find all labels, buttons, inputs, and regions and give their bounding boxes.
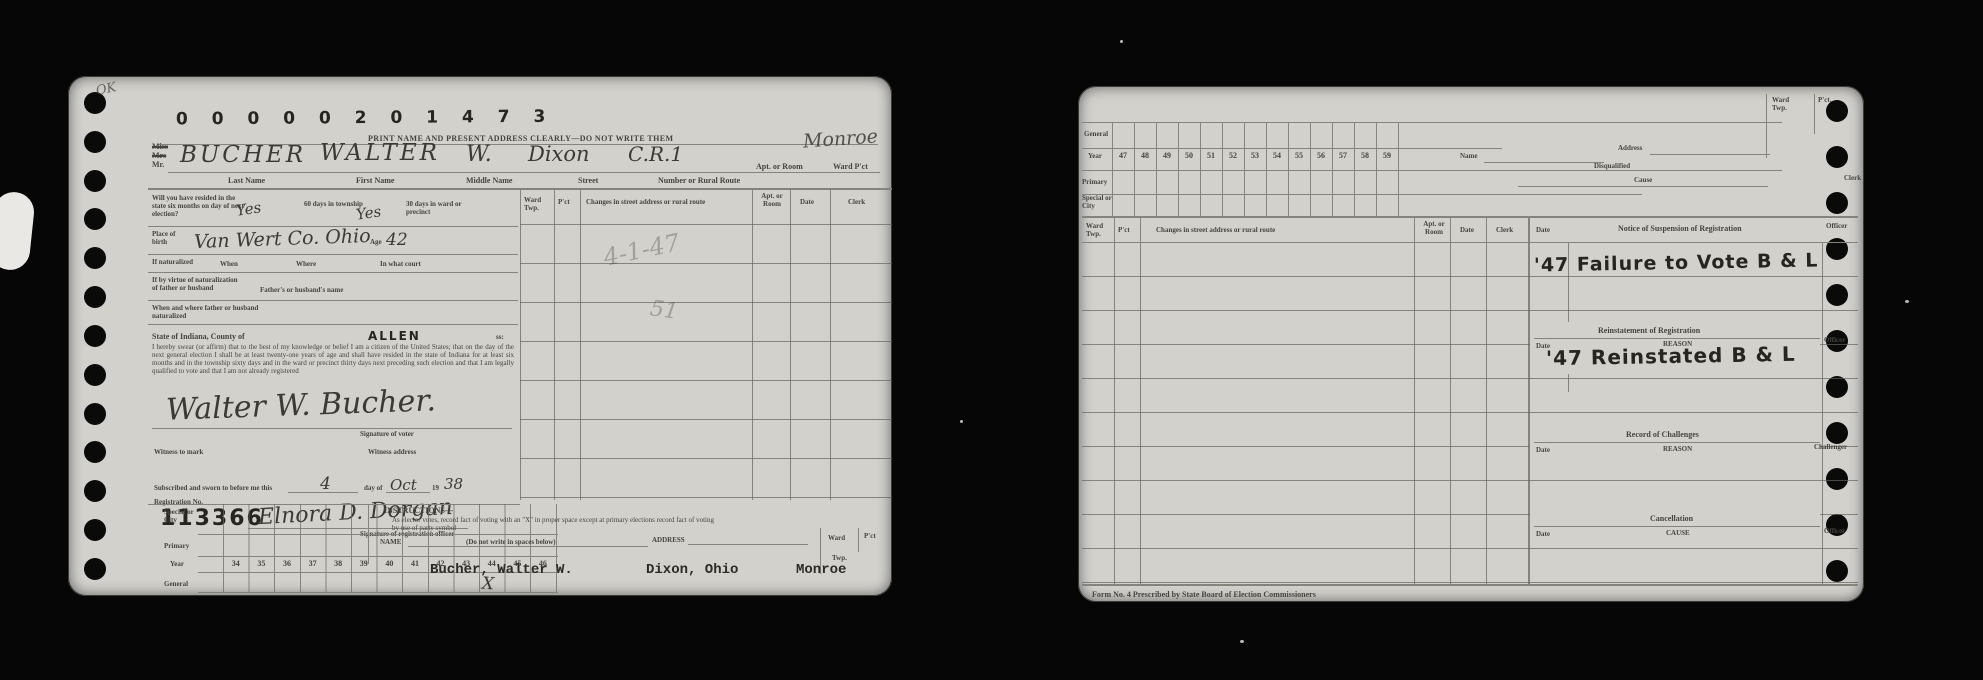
punch-hole — [84, 519, 106, 541]
label-father-name: Father's or husband's name — [260, 286, 343, 294]
rule-line — [1082, 242, 1858, 243]
rule-line — [1082, 194, 1642, 195]
rule-line — [1534, 338, 1820, 339]
col-apt: Apt. or Room — [1422, 220, 1446, 236]
stamped-serial-number: 0 0 0 0 0 2 0 1 4 7 3 — [176, 107, 554, 130]
year-cell: 51 — [1200, 151, 1222, 160]
film-edge-artifact — [0, 190, 36, 272]
rule-line — [198, 534, 558, 535]
entry-first-name: WALTER — [320, 140, 440, 166]
registration-card-back: General Year Primary Special or City 474… — [1078, 86, 1864, 602]
year-cell: 54 — [1266, 151, 1288, 160]
row-general: General — [1084, 130, 1108, 138]
label-cause: Cause — [1634, 176, 1652, 184]
punch-hole — [1826, 192, 1848, 214]
oath-body: I hereby swear (or affirm) that to the b… — [152, 343, 514, 375]
label-apt-room: Apt. or Room — [756, 162, 803, 171]
q-30-days: 30 days in ward or precinct — [406, 200, 476, 216]
punch-hole — [84, 364, 106, 386]
label-witness-to-mark: Witness to mark — [154, 448, 203, 456]
punch-hole — [84, 325, 106, 347]
col-suspension-date: Date — [1536, 226, 1550, 234]
label-last-name: Last Name — [228, 176, 265, 185]
year-cell: 59 — [1376, 151, 1398, 160]
film-speck — [1120, 40, 1123, 43]
label-do-not-write: (Do not write in spaces below) — [466, 538, 556, 546]
entry-middle-name: W. — [466, 142, 492, 167]
cancellation-cause: CAUSE — [1666, 529, 1690, 537]
year-cell: 58 — [1354, 151, 1376, 160]
punch-hole — [84, 131, 106, 153]
row-special-city: Special or City — [164, 508, 194, 524]
entry-last-name: BUCHER — [180, 142, 306, 168]
year-cell: 52 — [1222, 151, 1244, 160]
year-cell: 49 — [1156, 151, 1178, 160]
film-speck — [960, 420, 963, 423]
row-year: Year — [1088, 152, 1102, 160]
challenges-challenger: Challenger — [1814, 443, 1847, 451]
year-cell: 41 — [402, 559, 428, 568]
year-cell: 40 — [377, 559, 403, 568]
label-by-virtue: If by virtue of naturalization of father… — [152, 276, 242, 292]
label-19: 19 — [432, 484, 439, 492]
label-where: Where — [296, 260, 316, 268]
punch-hole — [84, 286, 106, 308]
punch-hole — [84, 558, 106, 580]
rule-line — [1082, 584, 1858, 586]
col-apt: Apt. or Room — [760, 192, 784, 208]
punch-hole — [84, 403, 106, 425]
cancellation-officer: Officer — [1824, 527, 1845, 535]
entry-ward-scrawl: Monroe — [802, 125, 878, 152]
year-cell: 48 — [1134, 151, 1156, 160]
col-suspension-title: Notice of Suspension of Registration — [1618, 224, 1742, 233]
typed-voter-name: Bucher, Walter W. — [430, 562, 573, 578]
rule-line — [408, 546, 648, 547]
rule-line — [1082, 122, 1782, 123]
label-name: Name — [1460, 152, 1478, 160]
col-pct: P'ct — [1118, 226, 1130, 234]
oath-heading: State of Indiana, County of — [152, 332, 245, 341]
rule-line — [148, 300, 518, 301]
col-ward-twp: Ward Twp. — [1086, 222, 1112, 238]
label-day-of: day of — [364, 484, 382, 492]
registration-card-front: OK 0 0 0 0 0 2 0 1 4 7 3 PRINT NAME AND … — [68, 76, 892, 596]
label-signature-of-voter: Signature of voter — [360, 430, 414, 438]
col-changes: Changes in street address or rural route — [586, 198, 705, 206]
label-disqualified: Disqualified — [1594, 162, 1630, 170]
rule-line — [1518, 186, 1768, 187]
label-ward-twp: Ward Twp. — [1772, 96, 1800, 112]
rule-line — [1082, 216, 1858, 218]
year-cell: 47 — [1112, 151, 1134, 160]
title-mr: Mr. — [152, 160, 164, 169]
year-cell: 37 — [300, 559, 326, 568]
year-cell: 39 — [351, 559, 377, 568]
reinstatement-officer: Officer — [1824, 336, 1845, 344]
label-middle-name: Middle Name — [466, 176, 512, 185]
title-miss: Miss — [152, 142, 168, 151]
rule-line — [1082, 148, 1502, 149]
rule-line — [152, 428, 512, 429]
rule-line — [148, 272, 518, 273]
reinstatement-title: Reinstatement of Registration — [1598, 326, 1700, 335]
entry-rural-route: C.R.1 — [628, 142, 683, 166]
col-clerk: Clerk — [848, 198, 865, 206]
col-pct: P'ct — [558, 198, 570, 206]
label-age: Age — [370, 238, 382, 246]
label-address: ADDRESS — [652, 536, 685, 544]
voter-signature: Walter W. Bucher. — [165, 383, 436, 427]
title-mrs: Mrs — [152, 151, 166, 160]
year-cell: 36 — [274, 559, 300, 568]
a-resided-state: Yes — [235, 198, 262, 219]
rule-line — [198, 592, 558, 593]
punch-hole — [84, 480, 106, 502]
reinstatement-stamp: '47 Reinstated B & L — [1546, 342, 1796, 370]
section-divider — [1814, 94, 1815, 134]
rule-line — [386, 492, 430, 493]
rule-line — [1484, 162, 1604, 163]
film-speck — [1240, 640, 1244, 643]
label-when-where-naturalized: When and where father or husband natural… — [152, 304, 262, 320]
label-first-name: First Name — [356, 176, 394, 185]
year-cell: 57 — [1332, 151, 1354, 160]
label-ward-pct: Ward P'ct — [833, 162, 868, 171]
rule-line — [1534, 526, 1820, 527]
section-divider — [368, 504, 369, 564]
entry-age: 42 — [386, 230, 408, 250]
instructions-title: INSTRUCTIONS— — [384, 506, 453, 515]
rule-line — [1650, 154, 1770, 155]
label-twp: Twp. — [832, 554, 847, 562]
cancellation-date: Date — [1536, 530, 1550, 538]
row-primary: Primary — [164, 542, 189, 550]
ok-annotation: OK — [95, 80, 118, 99]
punch-hole — [84, 441, 106, 463]
row-general: General — [164, 580, 188, 588]
year-cell: 55 — [1288, 151, 1310, 160]
year-cell: 38 — [325, 559, 351, 568]
label-name: NAME — [380, 538, 401, 546]
label-sworn-before: Subscribed and sworn to before me this — [154, 484, 272, 492]
punch-hole — [84, 247, 106, 269]
typed-voter-address: Dixon, Ohio — [646, 562, 738, 578]
entry-street: Dixon — [528, 142, 590, 166]
label-street: Street — [578, 176, 598, 185]
rule-line — [1082, 170, 1782, 171]
punch-hole — [84, 208, 106, 230]
col-officer: Officer — [1826, 222, 1847, 230]
label-pct: P'ct. — [1818, 96, 1831, 104]
rule-line — [688, 544, 808, 545]
label-clerk: Clerk — [1844, 174, 1861, 182]
row-special-city: Special or City — [1082, 194, 1112, 210]
year-cell: 56 — [1310, 151, 1332, 160]
section-divider — [1766, 94, 1767, 158]
suspension-stamp: '47 Failure to Vote B & L — [1534, 250, 1819, 277]
label-rural-route: Number or Rural Route — [658, 176, 740, 185]
rule-line — [148, 324, 518, 325]
rule-line — [1534, 442, 1820, 443]
col-clerk: Clerk — [1496, 226, 1513, 234]
col-changes: Changes in street address or rural route — [1156, 226, 1275, 234]
film-speck — [1905, 300, 1909, 303]
label-witness-address: Witness address — [368, 448, 416, 456]
challenges-title: Record of Challenges — [1626, 430, 1699, 439]
entry-sworn-year: 38 — [444, 475, 463, 493]
cancellation-title: Cancellation — [1650, 514, 1693, 523]
col-date: Date — [800, 198, 814, 206]
oath-ss: ss: — [496, 333, 504, 341]
year-cell: 53 — [1244, 151, 1266, 160]
label-place-of-birth: Place of birth — [152, 230, 188, 246]
year-cell: 50 — [1178, 151, 1200, 160]
table-row-lines — [520, 224, 892, 504]
oath-county-stamp: ALLEN — [368, 329, 421, 343]
entry-sworn-day: 4 — [320, 474, 331, 494]
q-resided-state: Will you have resided in the state six m… — [152, 194, 244, 218]
microfilm-scan: OK 0 0 0 0 0 2 0 1 4 7 3 PRINT NAME AND … — [0, 0, 1983, 680]
year-cell: 35 — [249, 559, 275, 568]
label-pct: P'ct — [864, 532, 876, 540]
rule-line — [168, 172, 880, 173]
punch-hole — [1826, 146, 1848, 168]
col-ward-twp: Ward Twp. — [524, 196, 550, 212]
punch-hole — [84, 170, 106, 192]
rule-line — [288, 492, 358, 493]
punch-hole-column — [84, 92, 106, 580]
col-date: Date — [1460, 226, 1474, 234]
rule-line — [198, 556, 558, 557]
year-cell: 34 — [223, 559, 249, 568]
label-if-naturalized: If naturalized — [152, 258, 193, 266]
entry-place-of-birth: Van Wert Co. Ohio — [194, 225, 371, 253]
label-address: Address — [1618, 144, 1642, 152]
row-year: Year — [170, 560, 184, 568]
faint-pencil-note: 51 — [648, 296, 679, 325]
rule-line — [148, 254, 518, 255]
label-when: When — [220, 260, 238, 268]
row-primary: Primary — [1082, 178, 1107, 186]
year-row-values: 47484950515253545556575859 — [1112, 151, 1398, 160]
label-ward: Ward — [828, 534, 845, 542]
instructions-body: As elector votes, record fact of voting … — [392, 516, 722, 532]
challenges-reason: REASON — [1663, 445, 1692, 453]
typed-voter-township: Monroe — [796, 562, 846, 578]
label-what-court: In what court — [380, 260, 421, 268]
challenges-date: Date — [1536, 446, 1550, 454]
section-divider — [858, 528, 859, 552]
a-60-days: Yes — [355, 202, 382, 223]
form-number-footer: Form No. 4 Prescribed by State Board of … — [1092, 590, 1316, 599]
